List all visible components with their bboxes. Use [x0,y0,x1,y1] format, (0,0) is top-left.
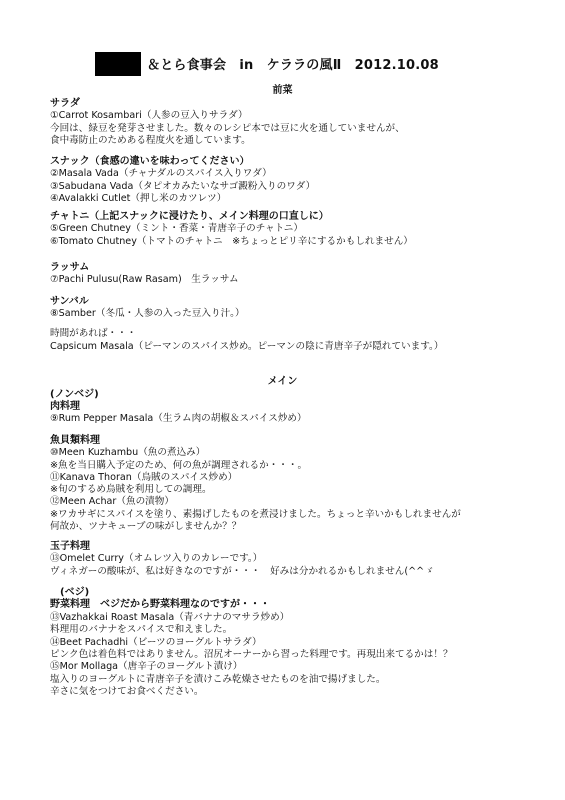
menu-line: ②Masala Vada（チャナダルのスパイス入りワダ） [50,168,272,180]
document-title: ＆とら食事会 in ケララの風Ⅱ 2012.10.08 [147,54,439,73]
menu-line: ⑤Green Chutney（ミント・香菜・青唐辛子のチャトニ） [50,223,303,235]
menu-line: ※ワカサギにスパイスを塗り、素揚げしたものを煮浸けました。ちょっと辛いかもしれま… [50,509,461,521]
menu-line: ⑨Rum Pepper Masala（生ラム肉の胡椒＆スパイス炒め） [50,413,307,425]
menu-line: 塩入りのヨーグルトに青唐辛子を漬けこみ乾燥させたものを油で揚げました。 [50,674,386,686]
menu-line: ヴィネガーの酸味が、私は好きなのですが・・・ 好みは分かれるかもしれません(^^… [50,566,434,578]
menu-line: ⑪Kanava Thoran（烏賊のスパイス炒め） [50,472,237,484]
menu-category-heading: (ノンベジ) [50,389,99,401]
menu-line: ピンク色は着色料ではありません。沼尻オーナーから習った料理です。再現出来てるかは… [50,649,453,661]
menu-line: ①Carrot Kosambari（人参の豆入りサラダ） [50,110,248,122]
menu-line: 食中毒防止のためある程度火を通しています。 [50,135,251,147]
menu-category-heading: サンバル [50,296,89,308]
menu-line: 何故か、ツナキューブの味がしませんか？？ [50,521,241,533]
redacted-name-block [95,52,141,76]
menu-category-heading: スナック（食感の違いを味わってください） [50,156,250,168]
menu-line: 辛さに気をつけてお食べください。 [50,686,204,698]
menu-line: ③Sabudana Vada（タピオカみたいなサゴ澱粉入りのワダ） [50,181,315,193]
menu-line: ⑩Meen Kuzhambu（魚の煮込み） [50,447,205,459]
menu-line: ※魚を当日購入予定のため、何の魚が調理されるか・・・。 [50,460,307,472]
menu-document: ＆とら食事会 in ケララの風Ⅱ 2012.10.08 前菜 メイン サラダ①C… [0,0,565,800]
menu-line: ⑬Omelet Curry（オムレツ入りのカレーです。） [50,553,262,565]
menu-category-heading: (ベジ) [50,587,89,599]
menu-line: ⑦Pachi Pulusu(Raw Rasam) 生ラッサム [50,274,239,286]
menu-category-heading: 肉料理 [50,401,80,413]
menu-line: ④Avalakki Cutlet（押し米のカツレツ） [50,193,226,205]
menu-category-heading: 玉子料理 [50,541,90,553]
section-heading-main: メイン [0,372,565,387]
menu-line: ⑮Mor Mollaga（唐辛子のヨーグルト漬け） [50,661,243,673]
menu-line: Capsicum Masala（ピーマンのスパイス炒め。ピーマンの陰に青唐辛子が… [50,341,443,353]
menu-line: ※旬のするめ烏賊を利用しての調理。 [50,484,212,496]
menu-line: ⑫Meen Achar（魚の漬物） [50,496,174,508]
menu-category-heading: サラダ [50,98,80,110]
menu-line: ⑥Tomato Chutney（トマトのチャトニ ※ちょっとピリ辛にするかもしれ… [50,236,413,248]
menu-line: ⑬Vazhakkai Roast Masala（青バナナのマサラ炒め） [50,612,289,624]
menu-line: 今回は、緑豆を発芽させました。数々のレシピ本では豆に火を通していませんが、 [50,123,405,135]
menu-line: 時間があれば・・・ [50,328,136,340]
menu-category-heading: 魚貝類料理 [50,435,100,447]
menu-category-heading: ラッサム [50,262,89,274]
menu-line: ⑭Beet Pachadhi（ビーツのヨーグルトサラダ） [50,637,262,649]
menu-line: 料理用のバナナをスパイスで和えました。 [50,624,232,636]
menu-category-heading: チャトニ（上記スナックに浸けたり、メイン料理の口直しに） [50,211,329,223]
section-heading-appetizers: 前菜 [0,81,565,96]
menu-line: ⑧Samber（冬瓜・人参の入った豆入り汁。） [50,308,245,320]
menu-category-heading: 野菜料理 ベジだから野菜料理なのですが・・・ [50,599,270,611]
